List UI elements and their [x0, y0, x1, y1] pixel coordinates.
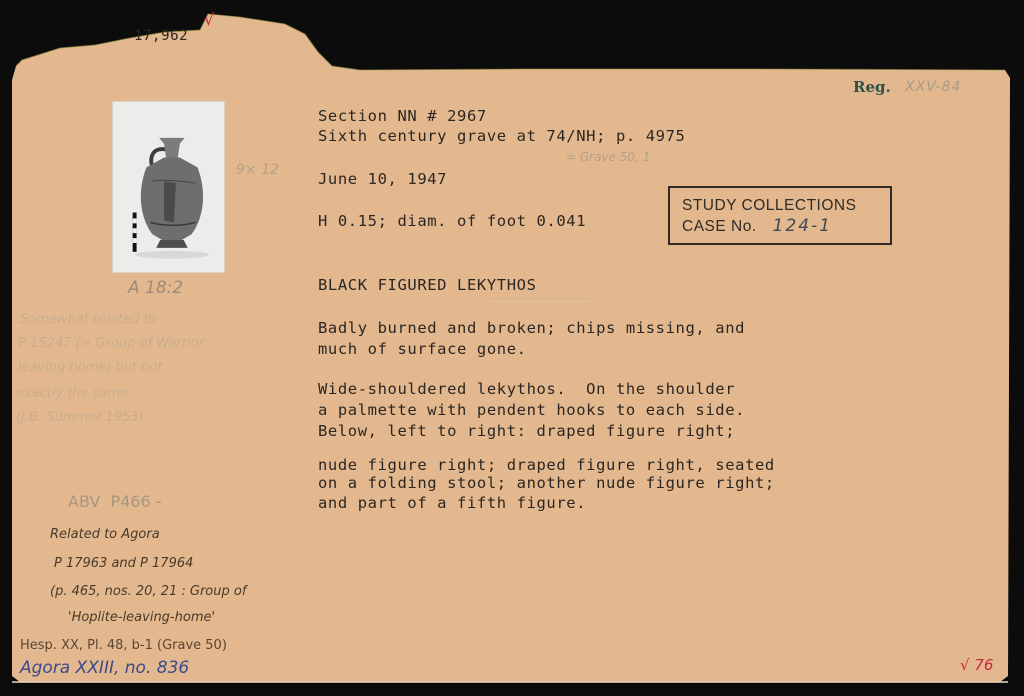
abv-reference: ABV P466 - [68, 492, 162, 511]
agora-reference: Agora XXIII, no. 836 [20, 658, 189, 678]
catalog-card-scan: 17,962 √ Reg. XXV-84 9× 12 A 18:2 [0, 0, 1024, 696]
register-value: XXV-84 [905, 79, 961, 95]
stamp-title: STUDY COLLECTIONS [682, 196, 890, 216]
pencil-note-line-5: (J.B. Summer 1953) [16, 410, 144, 425]
object-title: BLACK FIGURED LEKYTHOS [318, 275, 537, 295]
related-line-3: (p. 465, nos. 20, 21 : Group of [50, 584, 246, 599]
dimensions: H 0.15; diam. of foot 0.041 [318, 211, 586, 231]
condition-line-1: Badly burned and broken; chips missing, … [318, 318, 745, 338]
photo-label: A 18:2 [128, 278, 183, 298]
pencil-note-line-4: exactly the same. [16, 386, 132, 401]
grave-note: = Grave 50, 1 [566, 150, 650, 164]
description-line-5: on a folding stool; another nude figure … [318, 473, 775, 493]
case-number: 124-1 [773, 216, 832, 236]
lekythos-image [113, 102, 224, 272]
related-line-4: 'Hoplite-leaving-home' [68, 610, 215, 625]
description-line-2: a palmette with pendent hooks to each si… [318, 400, 745, 420]
hesperia-reference: Hesp. XX, Pl. 48, b-1 (Grave 50) [20, 638, 227, 653]
pencil-note-line-3: leaving home) but not [18, 360, 163, 375]
register-label: Reg. [853, 78, 891, 96]
red-check-mark: √ [204, 10, 214, 29]
pencil-note-line-2: P 15247 (= Group of Warrior [18, 336, 204, 351]
condition-line-2: much of surface gone. [318, 339, 527, 359]
red-corner-mark: √ 76 [960, 656, 993, 674]
section-number: Section NN # 2967 [318, 106, 487, 126]
stamp-case-label: CASE No. [682, 218, 757, 235]
date: June 10, 1947 [318, 169, 447, 189]
related-line-2: P 17963 and P 17964 [54, 556, 193, 571]
stamp-case-row: CASE No.124-1 [682, 216, 890, 237]
photo-size-note: 9× 12 [236, 162, 279, 178]
pencil-note-line-1: Somewhat related to [20, 312, 156, 327]
related-line-1: Related to Agora [50, 527, 160, 542]
accession-number: 17,962 [134, 26, 188, 46]
find-context: Sixth century grave at 74/NH; p. 4975 [318, 126, 685, 146]
vase-photo [112, 101, 225, 273]
description-line-4: nude figure right; draped figure right, … [318, 455, 775, 475]
description-line-3: Below, left to right: draped figure righ… [318, 421, 735, 441]
description-line-1: Wide-shouldered lekythos. On the shoulde… [318, 379, 735, 399]
description-line-6: and part of a fifth figure. [318, 493, 586, 513]
study-collections-stamp: STUDY COLLECTIONS CASE No.124-1 [668, 186, 892, 245]
title-pencil-underline [490, 298, 590, 299]
